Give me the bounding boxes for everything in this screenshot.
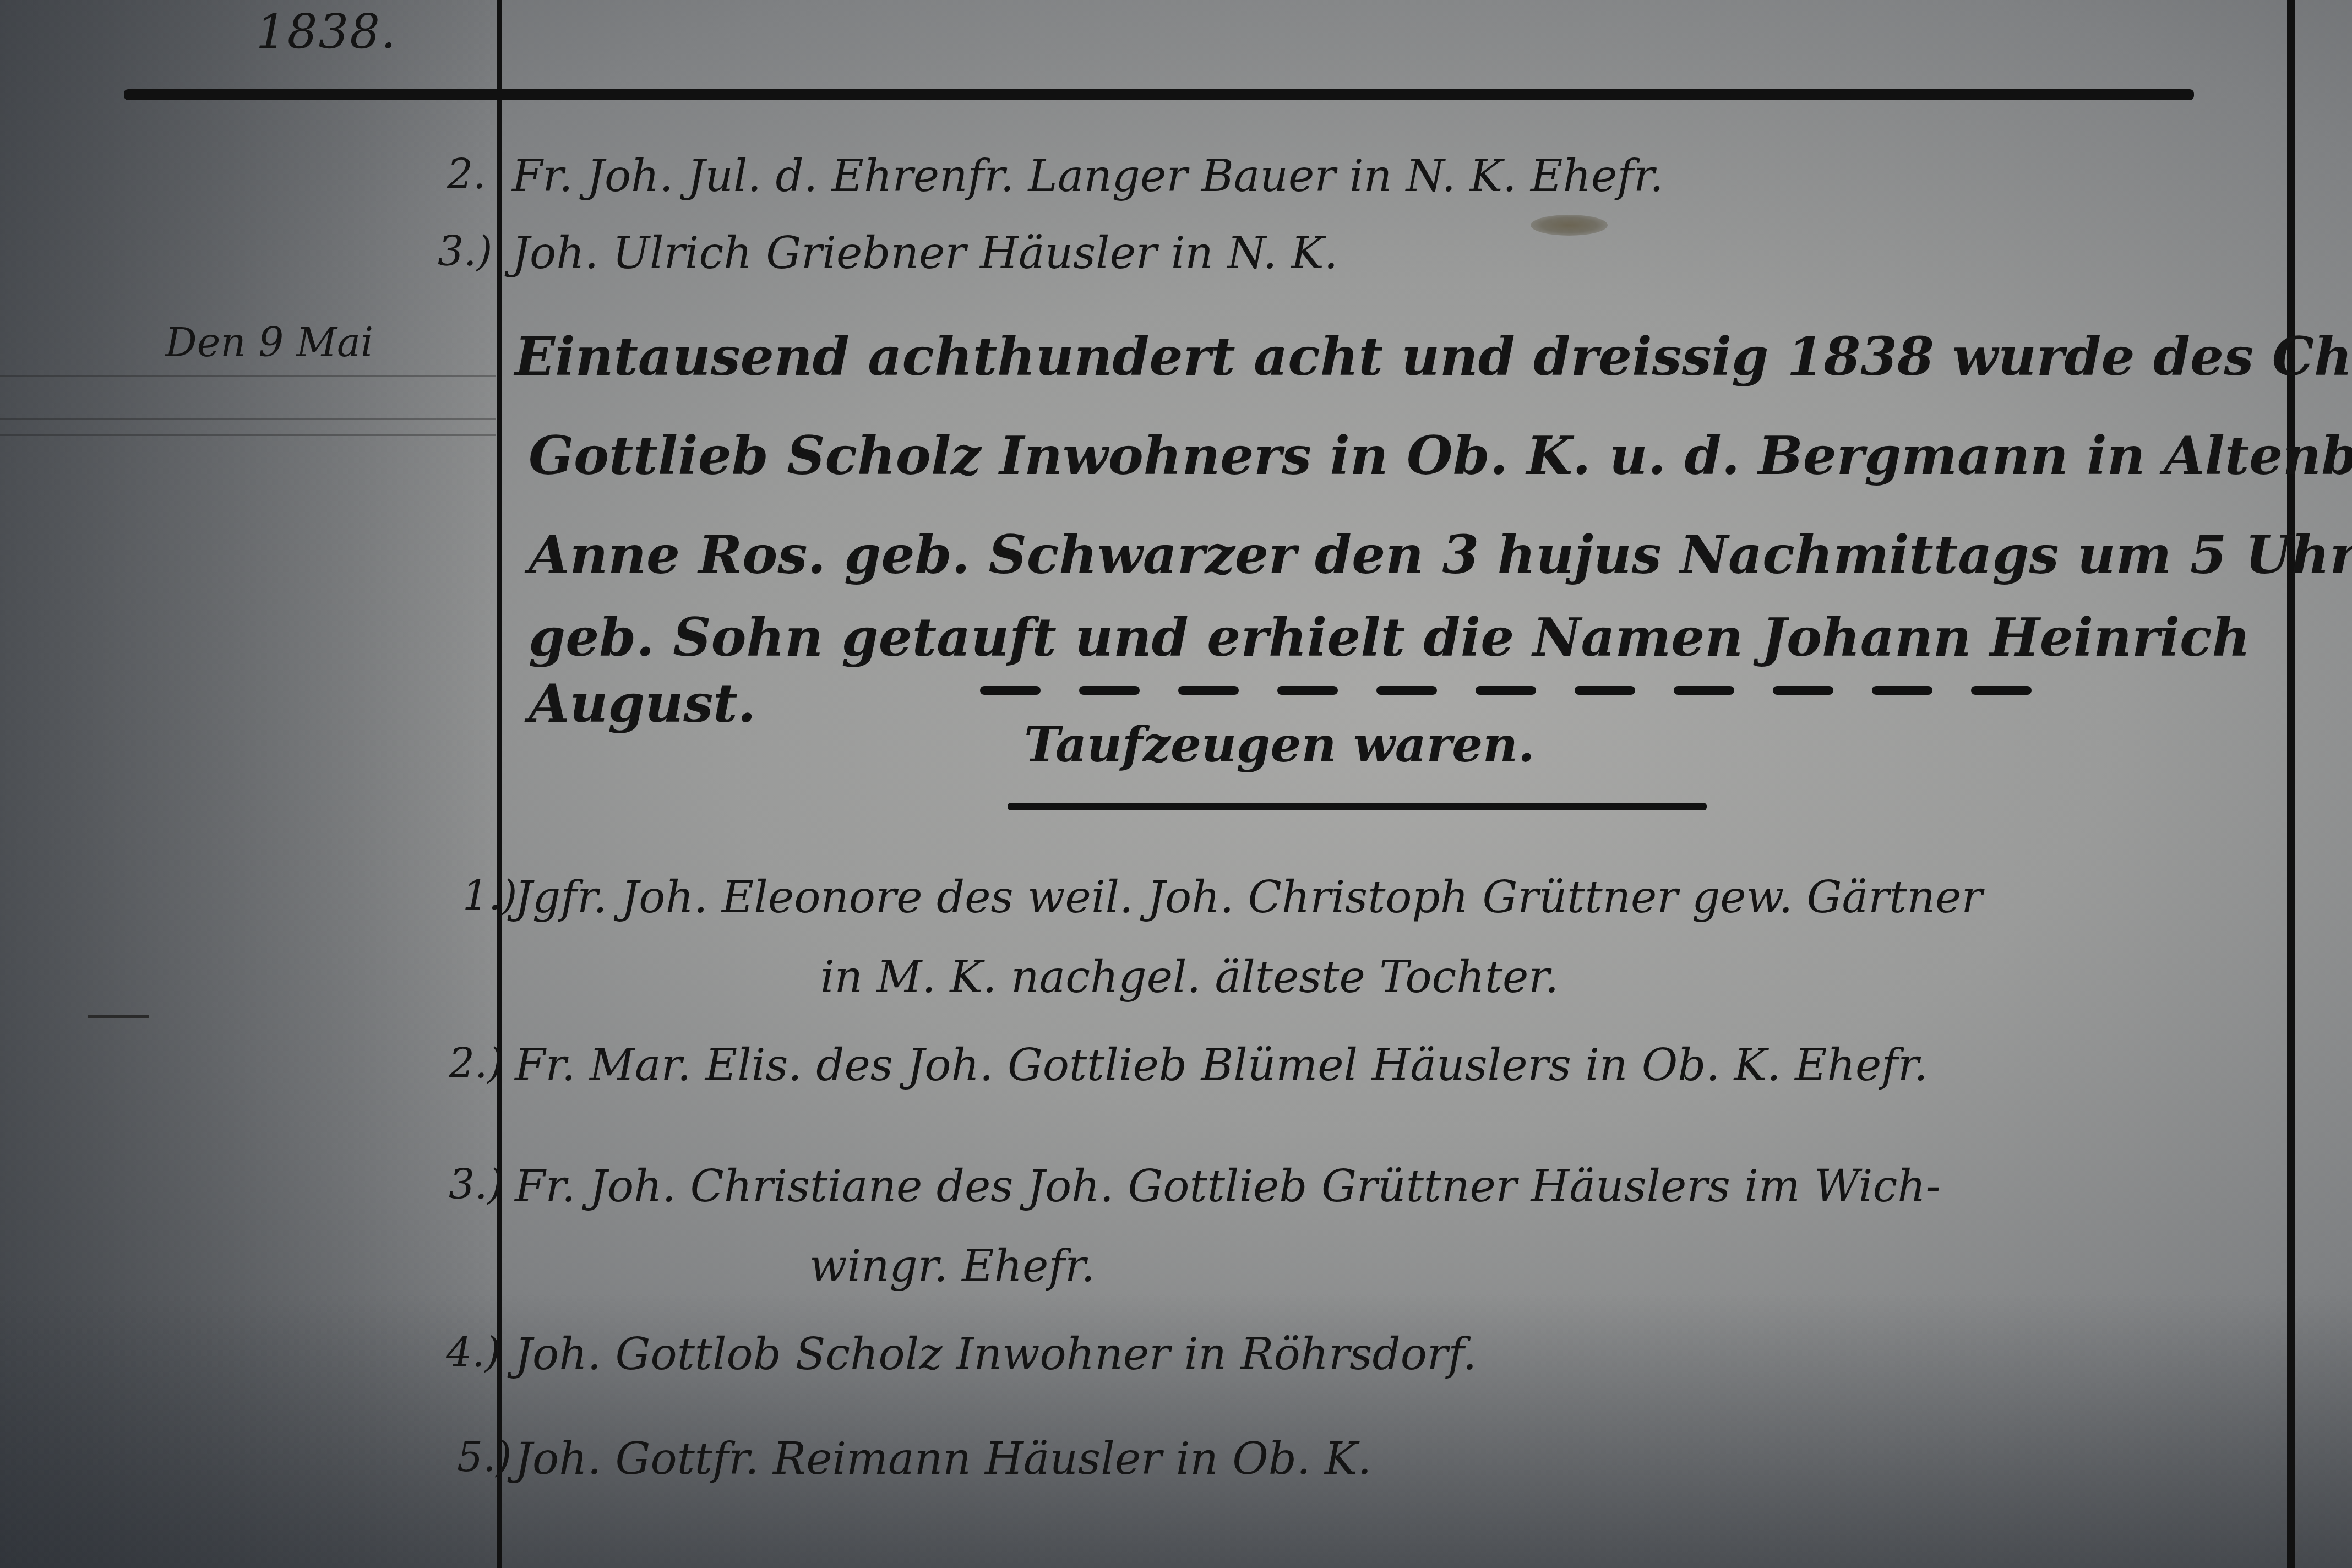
godparent-number: 3.)	[449, 1164, 503, 1205]
margin-date: Den 9 Mai	[165, 319, 373, 366]
godparent-line: Joh. Gottlob Scholz Inwohner in Röhrsdor…	[515, 1332, 1477, 1376]
godparent-line: Fr. Joh. Christiane des Joh. Gottlieb Gr…	[515, 1164, 1941, 1208]
ink-smudge	[1531, 215, 1608, 236]
godparent-number: 5.)	[457, 1437, 511, 1478]
godparent-number: 3.)	[438, 231, 492, 272]
year-header: 1838.	[256, 4, 397, 59]
record-line: August.	[529, 677, 756, 730]
page-shadow-left	[0, 0, 496, 1568]
godparent-line: Joh. Ulrich Griebner Häusler in N. K.	[512, 231, 1338, 275]
godparent-line: Fr. Mar. Elis. des Joh. Gottlieb Blümel …	[515, 1043, 1928, 1087]
godparent-number: 2.)	[449, 1043, 503, 1084]
godparent-line: Jgfr. Joh. Eleonore des weil. Joh. Chris…	[515, 875, 1983, 919]
record-line: Gottlieb Scholz Inwohners in Ob. K. u. d…	[529, 429, 2352, 482]
godparent-line: Joh. Gottfr. Reimann Häusler in Ob. K.	[515, 1437, 1371, 1481]
right-edge-rule	[2287, 0, 2295, 1568]
faint-ruling-line	[0, 418, 496, 420]
header-rule	[124, 89, 2194, 100]
godparents-heading: Taufzeugen waren.	[1024, 716, 1535, 773]
line-fill-dashes	[980, 686, 2246, 695]
record-line: geb. Sohn getauft und erhielt die Namen …	[529, 611, 2250, 664]
godparent-line: Fr. Joh. Jul. d. Ehrenfr. Langer Bauer i…	[512, 154, 1664, 198]
godparent-line: in M. K. nachgel. älteste Tochter.	[820, 955, 1559, 999]
faint-ruling-line	[0, 375, 496, 377]
faint-ruling-line	[0, 434, 496, 436]
godparent-line: wingr. Ehefr.	[809, 1244, 1095, 1288]
record-line: Anne Ros. geb. Schwarzer den 3 hujus Nac…	[529, 529, 2352, 581]
godparent-number: 1.)	[462, 875, 517, 916]
godparent-number: 4.)	[446, 1332, 500, 1373]
margin-dash-mark	[88, 1015, 149, 1018]
godparent-number: 2.	[447, 154, 486, 195]
record-line: Eintausend achthundert acht und dreissig…	[515, 330, 2352, 383]
heading-underline	[1008, 803, 1707, 810]
